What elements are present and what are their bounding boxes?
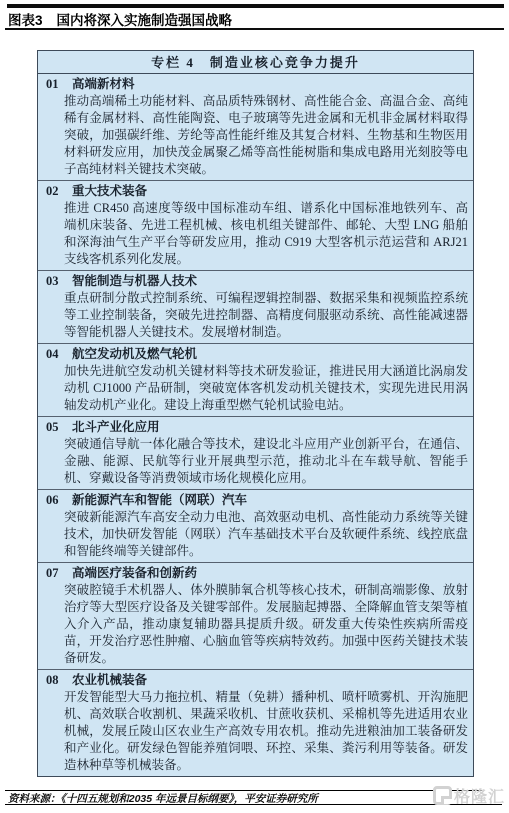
- row-number: 05: [46, 419, 65, 436]
- row-heading: 02重大技术装备: [38, 183, 473, 200]
- table-row: 07高端医疗装备和创新药 突破腔镜手术机器人、体外膜肺氧合机等核心技术，研制高端…: [38, 563, 473, 670]
- row-title: 高端医疗装备和创新药: [72, 566, 197, 580]
- row-title: 新能源汽车和智能（网联）汽车: [72, 493, 247, 507]
- header-underline: [5, 28, 504, 30]
- table-row: 08农业机械装备 开发智能型大马力拖拉机、精量（免耕）播种机、喷杆喷雾机、开沟施…: [38, 670, 473, 776]
- row-body-text: 推动高端稀土功能材料、高品质特殊钢材、高性能合金、高温合金、高纯稀有金属材料、高…: [64, 93, 468, 178]
- table-row: 06新能源汽车和智能（网联）汽车 突破新能源汽车高安全动力电池、高效驱动电机、高…: [38, 490, 473, 563]
- row-heading: 05北斗产业化应用: [38, 419, 473, 436]
- table-row: 05北斗产业化应用 突破通信导航一体化融合等技术，建设北斗应用产业创新平台，在通…: [38, 417, 473, 490]
- footer-bottom-rule: [5, 804, 502, 805]
- watermark-text: 格隆汇: [454, 784, 505, 807]
- table-row: 02重大技术装备 推进 CR450 高速度等级中国标准动车组、谱系化中国标准地铁…: [38, 181, 473, 271]
- row-heading: 07高端医疗装备和创新药: [38, 565, 473, 582]
- row-number: 08: [46, 672, 65, 689]
- row-body-text: 推进 CR450 高速度等级中国标准动车组、谱系化中国标准地铁列车、高端机床装备…: [64, 200, 468, 268]
- row-title: 高端新材料: [72, 77, 135, 91]
- column-box-table: 专栏 4 制造业核心竞争力提升 01高端新材料 推动高端稀土功能材料、高品质特殊…: [37, 50, 474, 777]
- row-number: 03: [46, 273, 65, 290]
- table-row: 04航空发动机及燃气轮机 加快先进航空发动机关键材料等技术研发验证，推进民用大涵…: [38, 344, 473, 417]
- row-title: 重大技术装备: [72, 184, 147, 198]
- top-rule: [7, 4, 504, 8]
- table-row: 01高端新材料 推动高端稀土功能材料、高品质特殊钢材、高性能合金、高温合金、高纯…: [38, 74, 473, 181]
- row-number: 07: [46, 565, 65, 582]
- figure-header: 图表3 国内将深入实施制造强国战略: [8, 10, 502, 28]
- row-title: 航空发动机及燃气轮机: [72, 347, 197, 361]
- watermark-logo: 格隆汇: [433, 783, 505, 807]
- table-title: 专栏 4 制造业核心竞争力提升: [38, 51, 473, 74]
- row-heading: 01高端新材料: [38, 76, 473, 93]
- row-number: 04: [46, 346, 65, 363]
- row-title: 智能制造与机器人技术: [72, 274, 197, 288]
- table-row: 03智能制造与机器人技术 重点研制分散式控制系统、可编程逻辑控制器、数据采集和视…: [38, 271, 473, 344]
- gelonghui-g-icon: [433, 786, 452, 805]
- row-number: 01: [46, 76, 65, 93]
- row-title: 北斗产业化应用: [72, 420, 160, 434]
- report-page: { "header": { "tag": "图表3", "title": "国内…: [0, 0, 509, 813]
- row-number: 06: [46, 492, 65, 509]
- row-heading: 04航空发动机及燃气轮机: [38, 346, 473, 363]
- row-heading: 08农业机械装备: [38, 672, 473, 689]
- row-body-text: 重点研制分散式控制系统、可编程逻辑控制器、数据采集和视频监控系统等工业控制装备，…: [64, 290, 468, 341]
- row-heading: 06新能源汽车和智能（网联）汽车: [38, 492, 473, 509]
- row-heading: 03智能制造与机器人技术: [38, 273, 473, 290]
- row-body-text: 加快先进航空发动机关键材料等技术研发验证，推进民用大涵道比涡扇发动机 CJ100…: [64, 363, 468, 414]
- row-title: 农业机械装备: [72, 673, 147, 687]
- row-number: 02: [46, 183, 65, 200]
- figure-title: 国内将深入实施制造强国战略: [57, 9, 233, 29]
- row-body-text: 突破腔镜手术机器人、体外膜肺氧合机等核心技术，研制高端影像、放射治疗等大型医疗设…: [64, 582, 468, 667]
- row-body-text: 突破新能源汽车高安全动力电池、高效驱动电机、高性能动力系统等关键技术，加快研发智…: [64, 509, 468, 560]
- figure-tag: 图表3: [8, 9, 43, 29]
- row-body-text: 开发智能型大马力拖拉机、精量（免耕）播种机、喷杆喷雾机、开沟施肥机、高效联合收割…: [64, 689, 468, 774]
- row-body-text: 突破通信导航一体化融合等技术，建设北斗应用产业创新平台，在通信、金融、能源、民航…: [64, 436, 468, 487]
